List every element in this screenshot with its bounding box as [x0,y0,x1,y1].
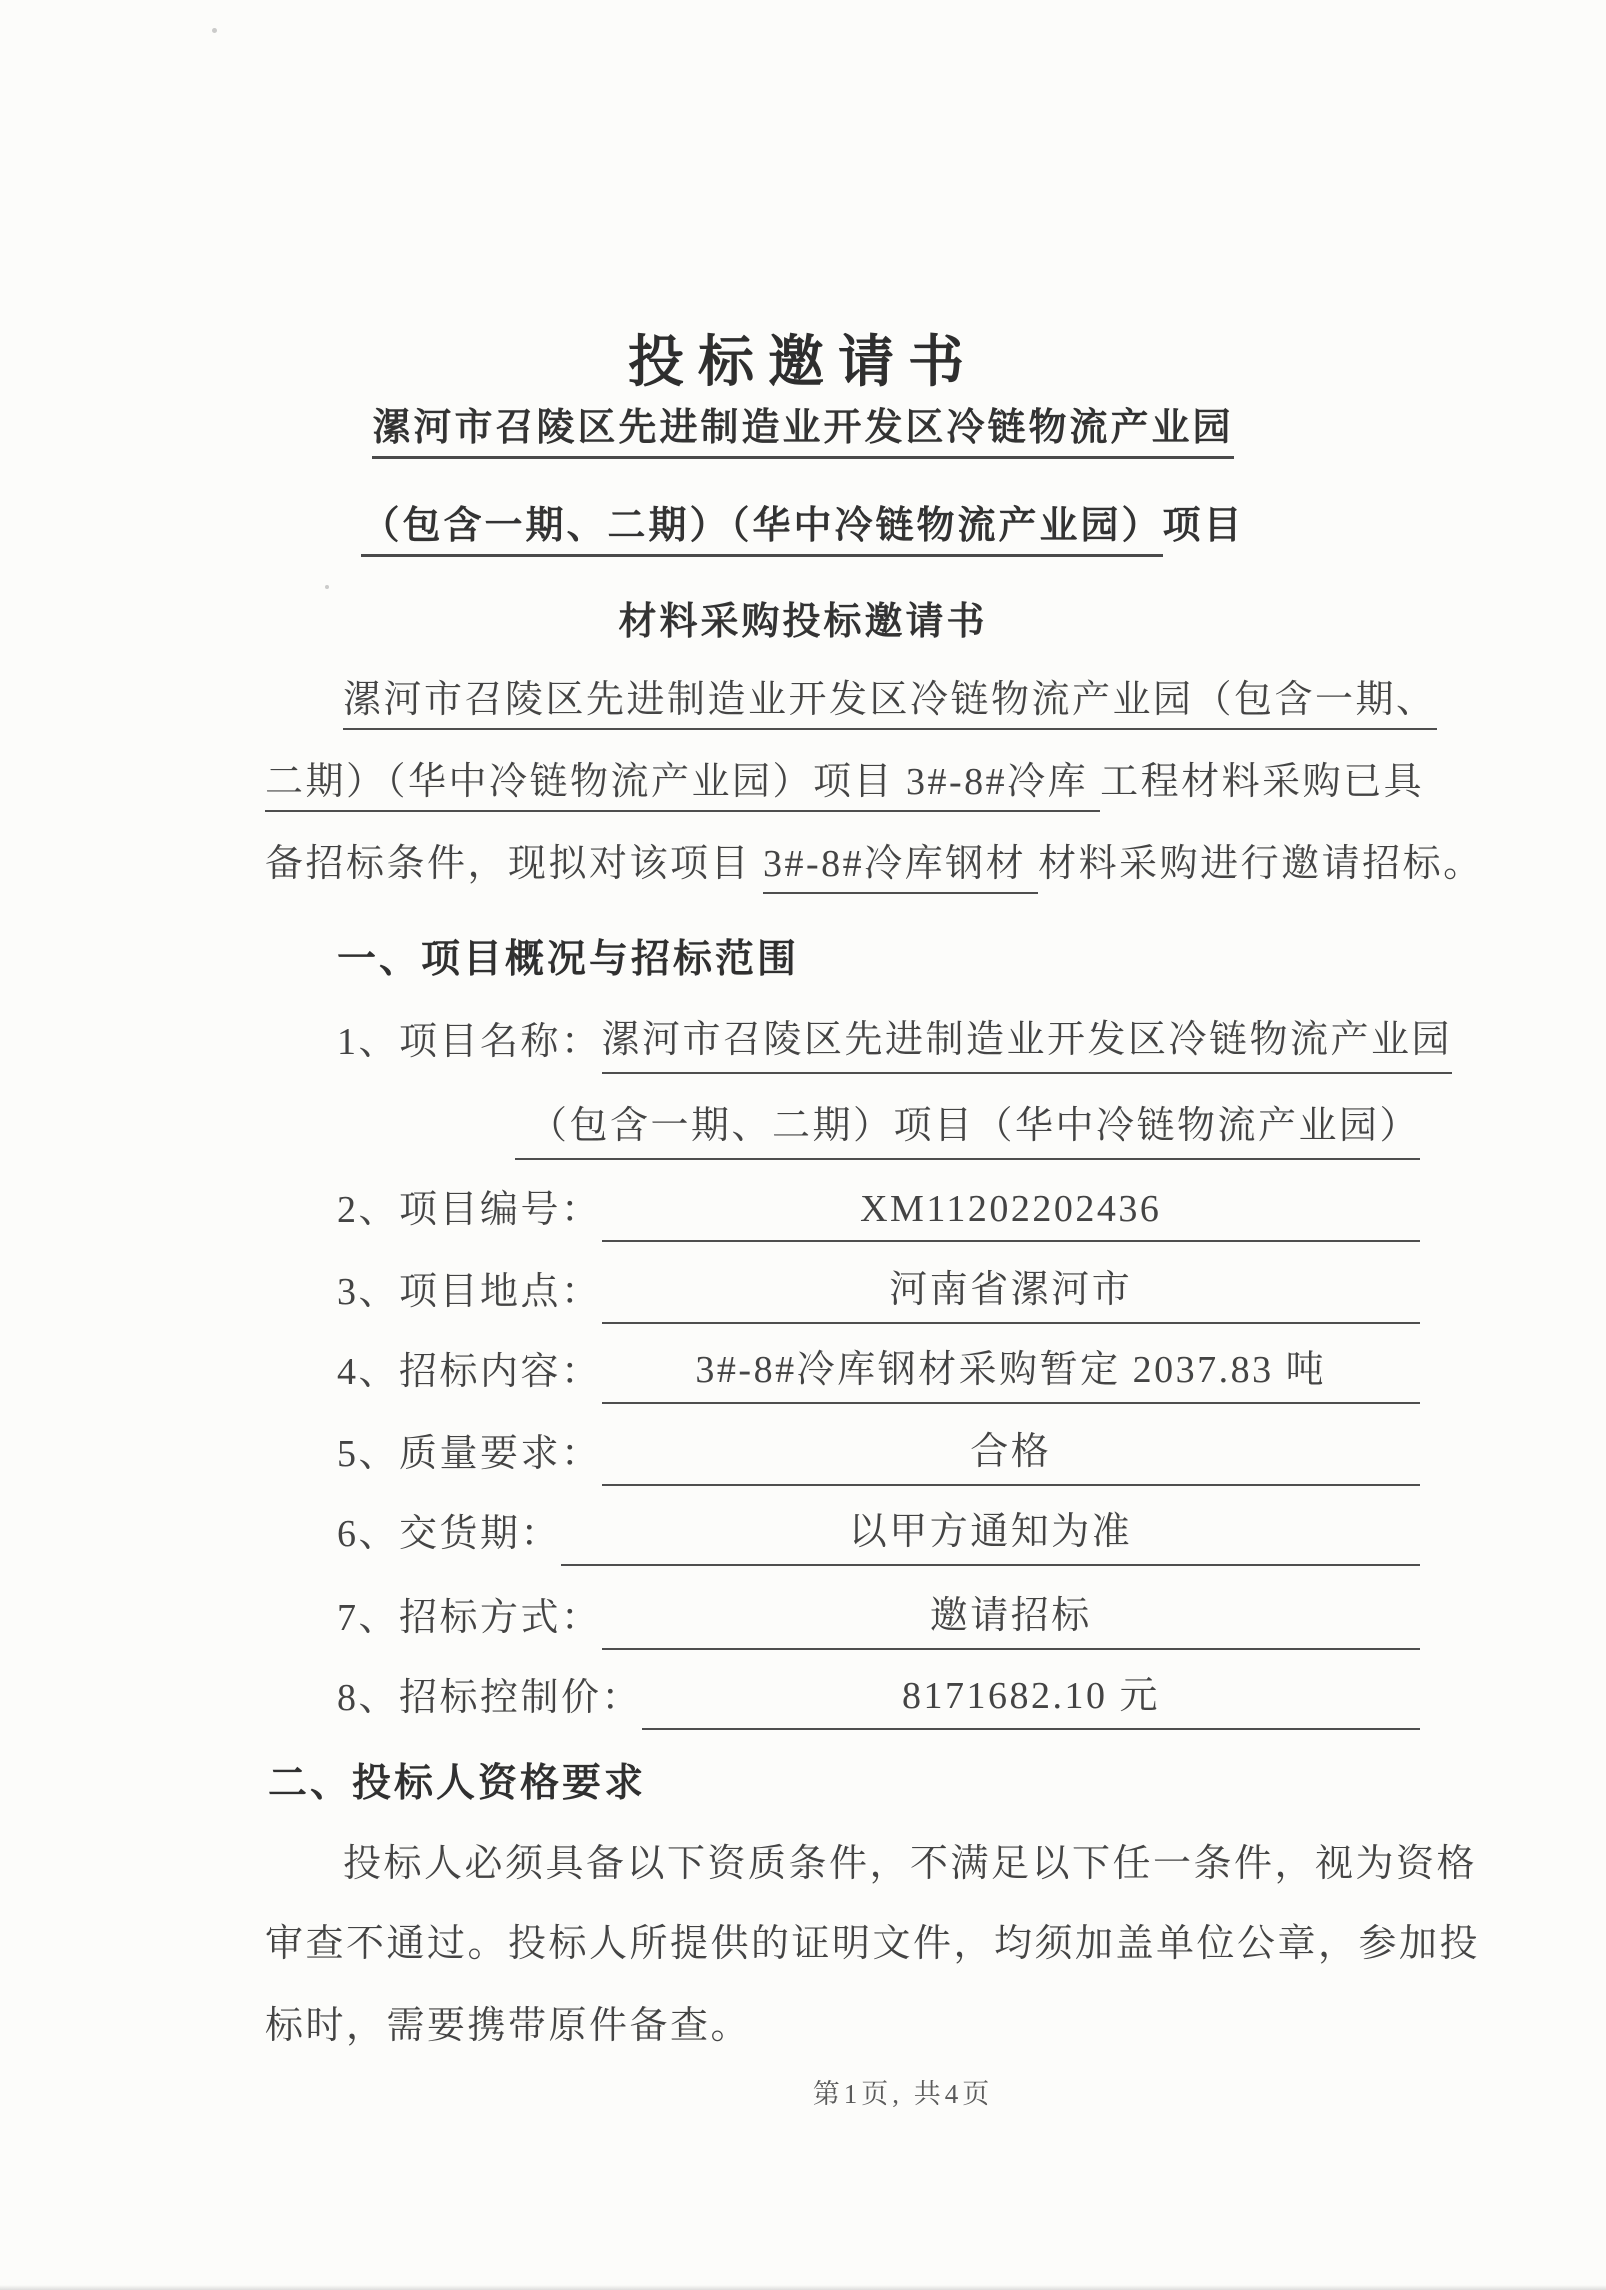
qualification-line-3: 标时，需要携带原件备查。 [265,2002,1420,2050]
subtitle-line-2-rest: 项目 [1163,505,1245,547]
item-label: 4、招标内容： [337,1340,602,1404]
subtitle-line-3: 材料采购投标邀请书 [0,590,1606,645]
item-value: 河南省漯河市 [602,1258,1420,1324]
item-value: 8171682.10 元 [642,1664,1420,1730]
qualification-line-2: 审查不通过。投标人所提供的证明文件，均须加盖单位公章，参加投 [265,1920,1420,1968]
page-footer: 第1页, 共4页 [0,2072,1606,2111]
intro-line-2-rest: 工程材料采购已具 [1100,761,1424,803]
item-label: 1、项目名称： [337,1010,602,1074]
item-row-project-name-line2: （包含一期、二期）项目（华中冷链物流产业园） [337,1094,1420,1160]
intro-line-2: 二期）（华中冷链物流产业园）项目 3#-8#冷库 工程材料采购已具 [265,758,1420,806]
intro-line-3-post: 材料采购进行邀请招标。 [1038,843,1484,885]
item-row-project-name: 1、项目名称： 漯河市召陵区先进制造业开发区冷链物流产业园 [337,1008,1420,1074]
item-row-project-number: 2、项目编号： XM11202202436 [337,1178,1420,1242]
item-value-line2: （包含一期、二期）项目（华中冷链物流产业园） [515,1094,1420,1160]
intro-line-3: 备招标条件，现拟对该项目 3#-8#冷库钢材 材料采购进行邀请招标。 [265,840,1420,888]
subtitle-line-2-underlined: （包含一期、二期）（华中冷链物流产业园） [361,505,1162,557]
document-page: 投标邀请书 漯河市召陵区先进制造业开发区冷链物流产业园 （包含一期、二期）（华中… [0,0,1606,2290]
item-label: 7、招标方式： [337,1586,602,1650]
item-value: 漯河市召陵区先进制造业开发区冷链物流产业园 [602,1008,1453,1074]
intro-line-1-underlined: 漯河市召陵区先进制造业开发区冷链物流产业园（包含一期、 [343,679,1437,730]
document-title: 投标邀请书 [0,318,1606,398]
item-value: 合格 [602,1420,1420,1486]
scan-speck [212,28,217,33]
intro-line-3-underlined: 3#-8#冷库钢材 [763,843,1038,894]
item-value: 以甲方通知为准 [561,1500,1420,1566]
section-1-heading: 一、项目概况与招标范围 [337,928,799,984]
item-row-bid-content: 4、招标内容： 3#-8#冷库钢材采购暂定 2037.83 吨 [337,1338,1420,1404]
item-value: 3#-8#冷库钢材采购暂定 2037.83 吨 [602,1338,1420,1404]
intro-line-3-pre: 备招标条件，现拟对该项目 [265,843,763,885]
item-label: 8、招标控制价： [337,1666,642,1730]
scan-speck [325,585,329,589]
item-label: 5、质量要求： [337,1422,602,1486]
section-2-heading: 二、投标人资格要求 [268,1752,646,1808]
subtitle-line-1: 漯河市召陵区先进制造业开发区冷链物流产业园 [0,396,1606,451]
subtitle-line-2: （包含一期、二期）（华中冷链物流产业园）项目 [0,494,1606,549]
item-row-bid-method: 7、招标方式： 邀请招标 [337,1584,1420,1650]
item-row-bid-control-price: 8、招标控制价： 8171682.10 元 [337,1664,1420,1730]
item-row-delivery-date: 6、交货期： 以甲方通知为准 [337,1500,1420,1566]
item-label: 3、项目地点： [337,1260,602,1324]
item-value: XM11202202436 [602,1187,1420,1242]
qualification-line-1: 投标人必须具备以下资质条件，不满足以下任一条件，视为资格 [265,1840,1498,1888]
intro-line-1: 漯河市召陵区先进制造业开发区冷链物流产业园（包含一期、 [265,676,1498,724]
item-value: 邀请招标 [602,1584,1420,1650]
item-label: 2、项目编号： [337,1178,602,1242]
intro-line-2-underlined: 二期）（华中冷链物流产业园）项目 3#-8#冷库 [265,761,1100,812]
item-label: 6、交货期： [337,1502,561,1566]
item-row-quality-requirement: 5、质量要求： 合格 [337,1420,1420,1486]
subtitle-line-1-text: 漯河市召陵区先进制造业开发区冷链物流产业园 [372,407,1233,459]
page-number: 第1页, 共4页 [813,2079,994,2109]
item-row-project-location: 3、项目地点： 河南省漯河市 [337,1258,1420,1324]
